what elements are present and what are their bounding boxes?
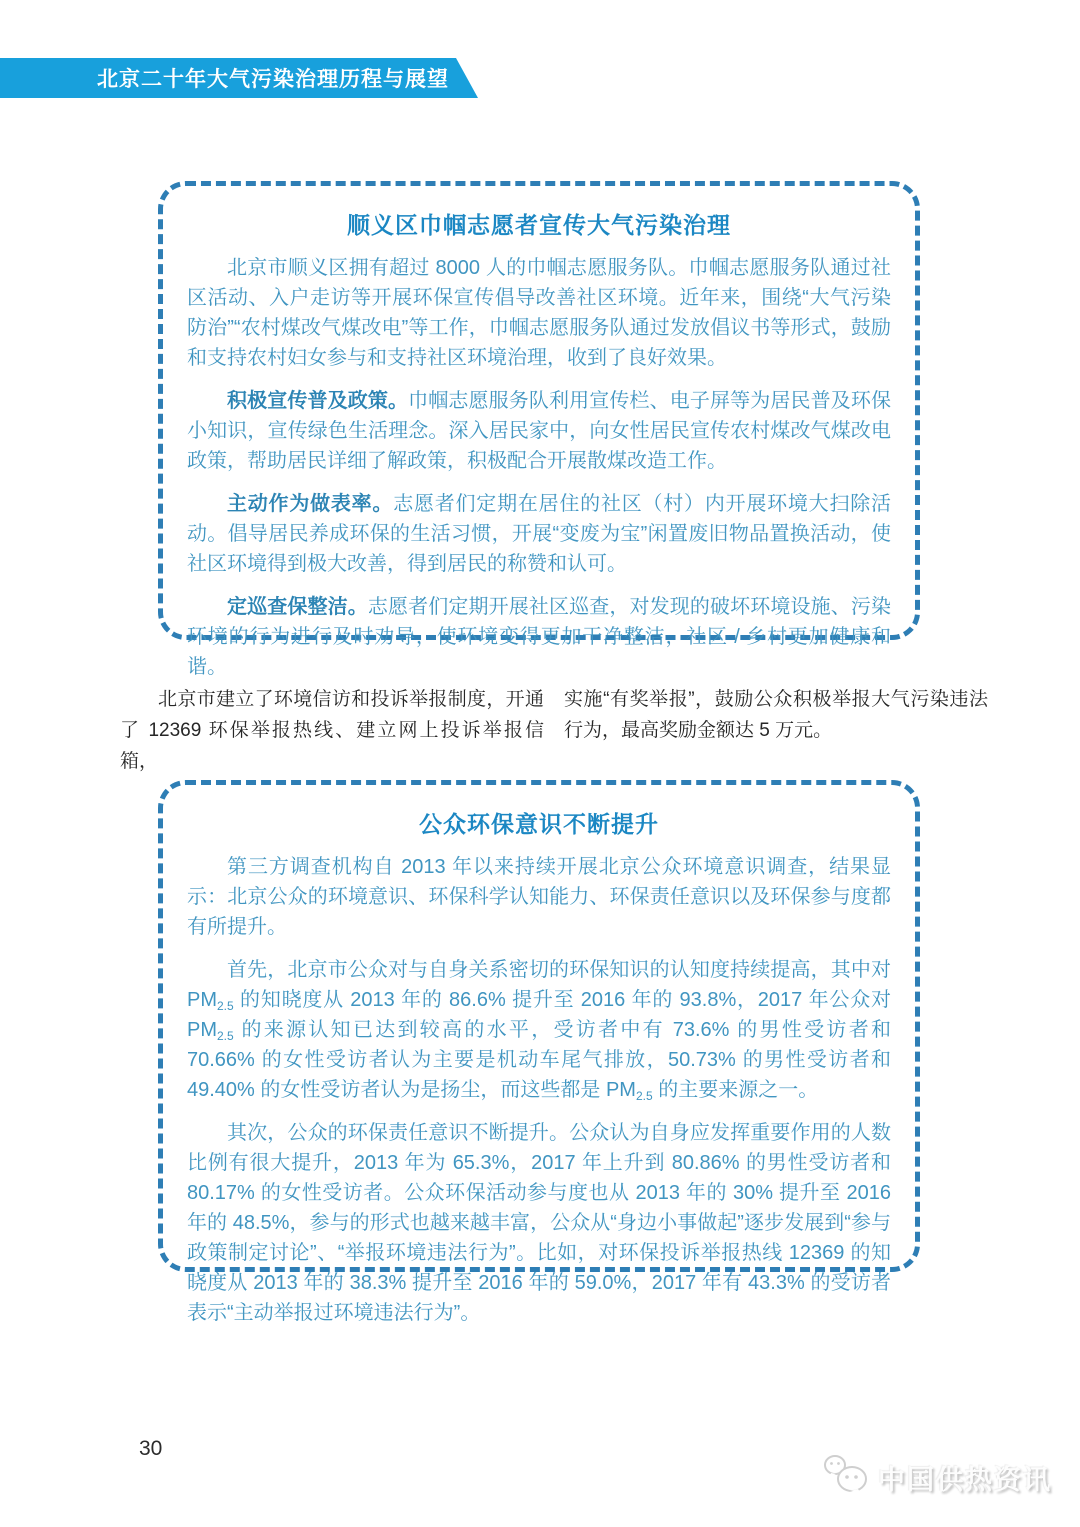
box1-title: 顺义区巾帼志愿者宣传大气污染治理 (187, 207, 891, 240)
box1-paragraph: 主动作为做表率。志愿者们定期在居住的社区（村）内开展环境大扫除活动。倡导居民养成… (187, 489, 891, 579)
watermark-text: 中国供热资讯 (878, 1458, 1052, 1497)
wechat-icon (822, 1453, 870, 1502)
box1-paragraph: 北京市顺义区拥有超过 8000 人的巾帼志愿服务队。巾帼志愿服务队通过社区活动、… (187, 253, 891, 373)
info-box-shunyi-volunteers: 顺义区巾帼志愿者宣传大气污染治理 北京市顺义区拥有超过 8000 人的巾帼志愿服… (158, 181, 920, 640)
box2-title: 公众环保意识不断提升 (187, 806, 891, 839)
body-column-right: 实施“有奖举报”，鼓励公众积极举报大气污染违法行为，最高奖励金额达 5 万元。 (564, 684, 988, 777)
header-ribbon: 北京二十年大气污染治理历程与展望 (0, 58, 478, 98)
box2-paragraph: 首先，北京市公众对与自身关系密切的环保知识的认知度持续提高，其中对 PM2.5 … (187, 955, 891, 1105)
info-box-public-awareness: 公众环保意识不断提升 第三方调查机构自 2013 年以来持续开展北京公众环境意识… (158, 780, 920, 1272)
page-title: 北京二十年大气污染治理历程与展望 (0, 63, 449, 93)
body-column-left: 北京市建立了环境信访和投诉举报制度，开通了 12369 环保举报热线、建立网上投… (120, 684, 544, 777)
box2-paragraph: 第三方调查机构自 2013 年以来持续开展北京公众环境意识调查，结果显示：北京公… (187, 852, 891, 942)
box1-paragraph: 定巡查保整洁。志愿者们定期开展社区巡查，对发现的破坏环境设施、污染环境的行为进行… (187, 592, 891, 682)
box2-paragraph: 其次，公众的环保责任意识不断提升。公众认为自身应发挥重要作用的人数比例有很大提升… (187, 1118, 891, 1328)
box1-paragraph: 积极宣传普及政策。巾帼志愿服务队利用宣传栏、电子屏等为居民普及环保小知识，宣传绿… (187, 386, 891, 476)
body-two-column-text: 北京市建立了环境信访和投诉举报制度，开通了 12369 环保举报热线、建立网上投… (120, 684, 988, 777)
page-number: 30 (139, 1437, 162, 1461)
watermark: 中国供热资讯 (822, 1452, 1052, 1502)
